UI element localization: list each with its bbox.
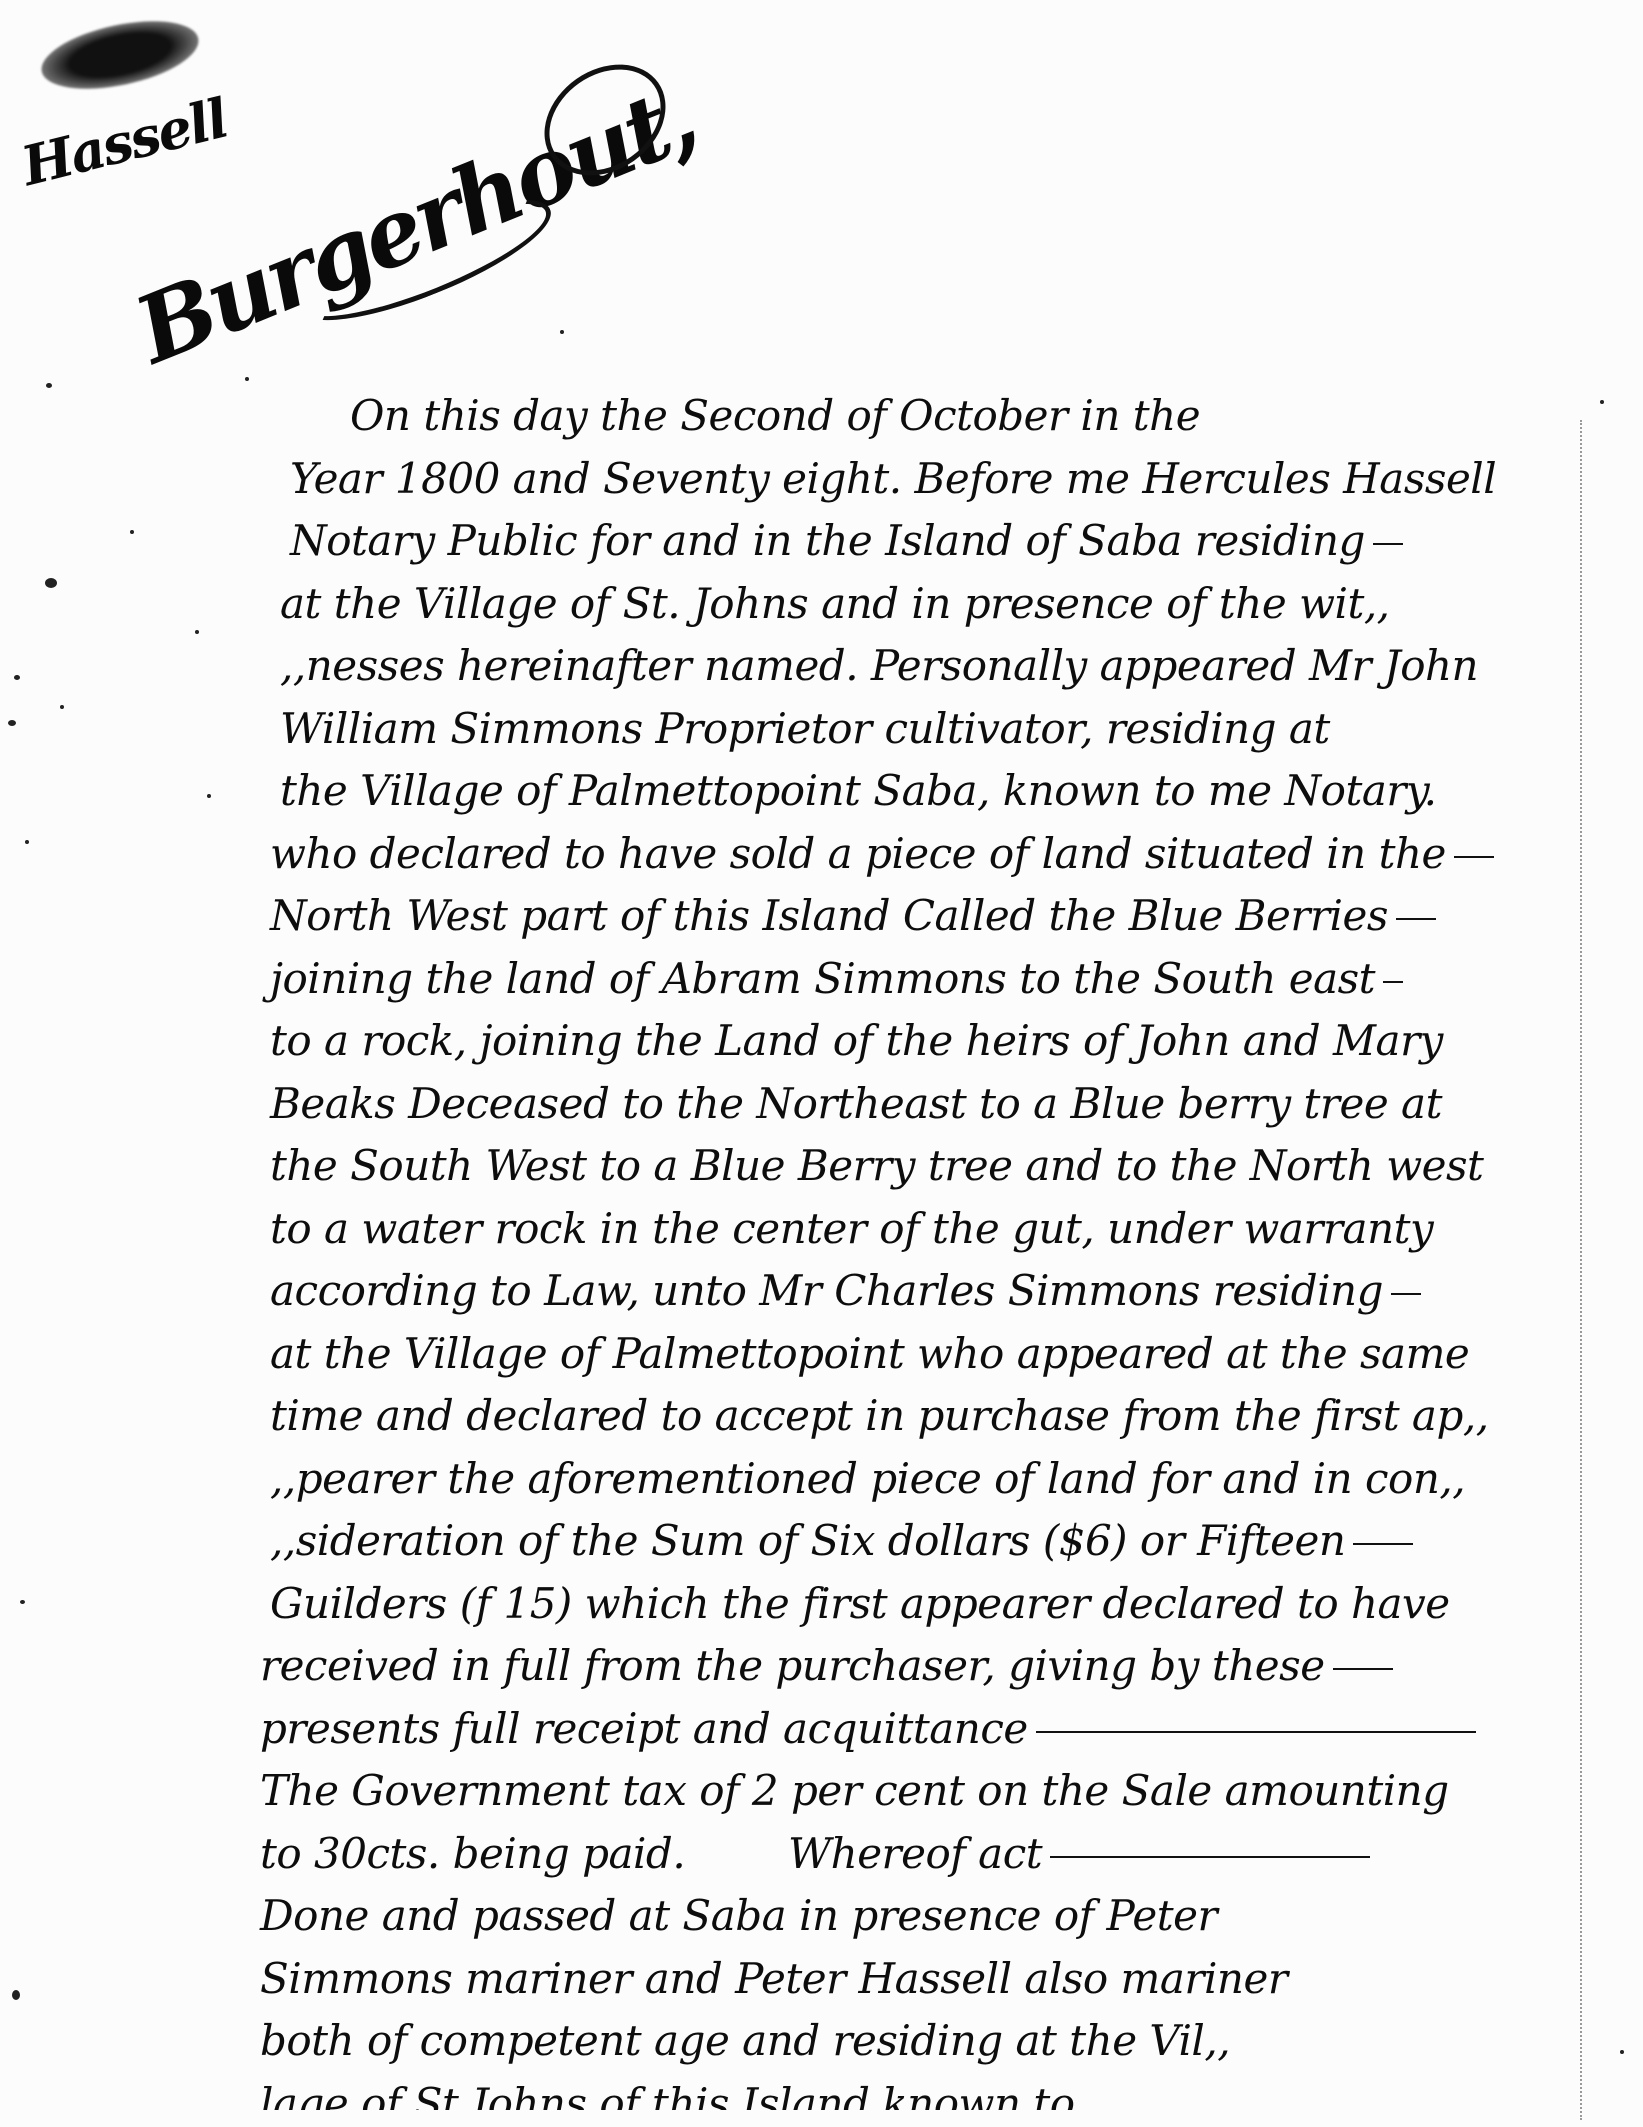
deed-line-1: On this day the Second of October in the <box>260 385 1580 448</box>
deed-line-14: to a water rock in the center of the gut… <box>260 1198 1580 1261</box>
deed-line-23: The Government tax of 2 per cent on the … <box>260 1760 1580 1823</box>
deed-line-18: ,,pearer the aforementioned piece of lan… <box>260 1448 1580 1511</box>
deed-line-6: William Simmons Proprietor cultivator, r… <box>260 698 1580 761</box>
line-text: who declared to have sold a piece of lan… <box>270 829 1446 878</box>
deed-line-11: to a rock, joining the Land of the heirs… <box>260 1010 1580 1073</box>
line-text: at the Village of Palmettopoint who appe… <box>270 1329 1469 1378</box>
line-text: ,,sideration of the Sum of Six dollars (… <box>270 1516 1345 1565</box>
line-filler <box>1396 918 1436 920</box>
deed-line-12: Beaks Deceased to the Northeast to a Blu… <box>260 1073 1580 1136</box>
deed-line-15: according to Law, unto Mr Charles Simmon… <box>260 1260 1580 1323</box>
speck <box>20 1600 25 1604</box>
speck <box>12 1990 20 2000</box>
line-text: Guilders (f 15) which the first appearer… <box>270 1579 1450 1628</box>
line-filler <box>1036 1731 1476 1733</box>
line-filler <box>1391 1293 1421 1295</box>
speck <box>60 705 64 709</box>
speck <box>46 383 52 388</box>
deed-line-27: both of competent age and residing at th… <box>260 2010 1580 2073</box>
line-text: Done and passed at Saba in presence of P… <box>260 1891 1217 1940</box>
deed-line-28-cutoff: lage of St Johns of this Island known to <box>260 2073 1580 2127</box>
deed-line-26: Simmons mariner and Peter Hassell also m… <box>260 1948 1580 2011</box>
line-text: On this day the Second of October in the <box>350 391 1200 440</box>
right-margin-rule <box>1580 420 1582 2120</box>
line-text: Simmons mariner and Peter Hassell also m… <box>260 1954 1287 2003</box>
speck <box>14 675 20 680</box>
deed-line-10: joining the land of Abram Simmons to the… <box>260 948 1580 1011</box>
line-text: The Government tax of 2 per cent on the … <box>260 1766 1449 1815</box>
deed-line-3: Notary Public for and in the Island of S… <box>260 510 1580 573</box>
deed-line-17: time and declared to accept in purchase … <box>260 1385 1580 1448</box>
line-text: to a water rock in the center of the gut… <box>270 1204 1433 1253</box>
deed-line-21: received in full from the purchaser, giv… <box>260 1635 1580 1698</box>
line-text: according to Law, unto Mr Charles Simmon… <box>270 1266 1383 1315</box>
line-text: William Simmons Proprietor cultivator, r… <box>280 704 1330 753</box>
ink-blot <box>36 9 205 101</box>
line-text: the South West to a Blue Berry tree and … <box>270 1141 1483 1190</box>
deed-line-13: the South West to a Blue Berry tree and … <box>260 1135 1580 1198</box>
document-page: Hassell Burgerhout, On this day the Seco… <box>0 0 1643 2127</box>
line-text: both of competent age and residing at th… <box>260 2016 1230 2065</box>
deed-line-4: at the Village of St. Johns and in prese… <box>260 573 1580 636</box>
speck <box>8 720 16 726</box>
speck <box>45 578 57 588</box>
line-text: joining the land of Abram Simmons to the… <box>270 954 1375 1003</box>
line-filler <box>1353 1543 1413 1545</box>
line-text: ,,pearer the aforementioned piece of lan… <box>270 1454 1465 1503</box>
speck <box>207 794 211 798</box>
line-filler <box>1373 543 1403 545</box>
deed-line-5: ,,nesses hereinafter named. Personally a… <box>260 635 1580 698</box>
speck <box>195 630 199 634</box>
deed-line-19: ,,sideration of the Sum of Six dollars (… <box>260 1510 1580 1573</box>
line-filler <box>1454 856 1494 858</box>
line-text: presents full receipt and acquittance <box>260 1704 1028 1753</box>
line-filler <box>1383 981 1403 983</box>
line-text: lage of St Johns of this Island known to <box>260 2079 1075 2127</box>
line-text: Beaks Deceased to the Northeast to a Blu… <box>270 1079 1442 1128</box>
deed-line-24: to 30cts. being paid. Whereof act <box>260 1823 1580 1886</box>
line-text: to 30cts. being paid. Whereof act <box>260 1829 1042 1878</box>
deed-line-16: at the Village of Palmettopoint who appe… <box>260 1323 1580 1386</box>
line-text: to a rock, joining the Land of the heirs… <box>270 1016 1443 1065</box>
line-filler <box>1333 1668 1393 1670</box>
deed-line-20: Guilders (f 15) which the first appearer… <box>260 1573 1580 1636</box>
deed-line-25: Done and passed at Saba in presence of P… <box>260 1885 1580 1948</box>
signature-block: Hassell Burgerhout, <box>0 0 700 380</box>
speck <box>1600 400 1604 404</box>
line-text: the Village of Palmettopoint Saba, known… <box>280 766 1436 815</box>
deed-line-9: North West part of this Island Called th… <box>260 885 1580 948</box>
deed-line-7: the Village of Palmettopoint Saba, known… <box>260 760 1580 823</box>
deed-body: On this day the Second of October in the… <box>260 385 1580 2127</box>
line-text: ,,nesses hereinafter named. Personally a… <box>280 641 1478 690</box>
line-text: time and declared to accept in purchase … <box>270 1391 1489 1440</box>
speck <box>1620 2050 1624 2054</box>
line-text: Year 1800 and Seventy eight. Before me H… <box>290 454 1496 503</box>
line-filler <box>1050 1856 1370 1858</box>
line-text: at the Village of St. Johns and in prese… <box>280 579 1390 628</box>
deed-line-8: who declared to have sold a piece of lan… <box>260 823 1580 886</box>
deed-line-2: Year 1800 and Seventy eight. Before me H… <box>260 448 1580 511</box>
speck <box>130 530 134 534</box>
line-text: North West part of this Island Called th… <box>270 891 1388 940</box>
signature-line-1: Hassell <box>15 86 233 198</box>
line-text: Notary Public for and in the Island of S… <box>290 516 1365 565</box>
line-text: received in full from the purchaser, giv… <box>260 1641 1325 1690</box>
speck <box>25 840 29 844</box>
deed-line-22: presents full receipt and acquittance <box>260 1698 1580 1761</box>
